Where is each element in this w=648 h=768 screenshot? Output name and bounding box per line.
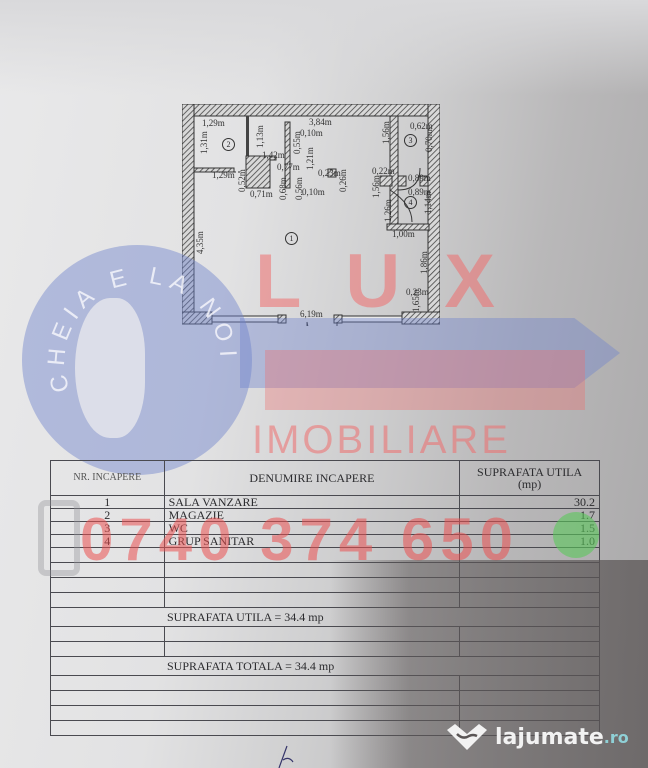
signature-mark [275, 742, 295, 768]
dimension-label: 0,68m [279, 177, 288, 200]
watermark-brand-sub: IMOBILIARE [252, 418, 511, 463]
dimension-label: 1,29m [202, 119, 225, 128]
dimension-label: 1,56m [372, 175, 381, 198]
room-number-2: 2 [222, 138, 235, 151]
room-nr: 2 [51, 509, 165, 522]
watermark-key-hole [75, 298, 145, 438]
dimension-label: 1,56m [382, 121, 391, 144]
dimension-label: 0,26m [339, 169, 348, 192]
dimension-label: 3,84m [309, 118, 332, 127]
room-area: 1.7 [460, 509, 600, 522]
room-nr: 1 [51, 496, 165, 509]
handshake-heart-icon [445, 722, 489, 752]
watermark-arrow [240, 318, 620, 388]
table-row: 3 WC 1.5 [51, 522, 600, 535]
table-row: 2 MAGAZIE 1.7 [51, 509, 600, 522]
room-name: SALA VANZARE [164, 496, 460, 509]
dimension-label: 1,13m [256, 125, 265, 148]
room-nr: 3 [51, 522, 165, 535]
room-name: WC [164, 522, 460, 535]
dimension-label: 0,10m [302, 188, 325, 197]
header-nr: NR. INCAPERE [51, 461, 165, 496]
dimension-label: 0,55m [293, 131, 302, 154]
room-number-3: 3 [404, 134, 417, 147]
paper-shadow [0, 0, 648, 95]
dimension-label: 1,14m [424, 191, 433, 214]
lajumate-logo: lajumate.ro [445, 722, 629, 752]
table-header-row: NR. INCAPERE DENUMIRE INCAPERE SUPRAFATA… [51, 461, 600, 496]
dimension-label: 0,70m [425, 129, 434, 152]
room-name: MAGAZIE [164, 509, 460, 522]
table-row: 4 GRUP SANITAR 1.0 [51, 535, 600, 548]
room-number-4: 4 [404, 196, 417, 209]
dimension-label: 1,00m [392, 230, 415, 239]
dimension-label: 1,26m [384, 199, 393, 222]
room-name: GRUP SANITAR [164, 535, 460, 548]
dimension-label: 4,35m [196, 231, 205, 254]
dimension-label: 0,77m [277, 163, 300, 172]
dimension-label: 0,22m [372, 167, 395, 176]
room-area: 1.5 [460, 522, 600, 535]
header-area: SUPRAFATA UTILA (mp) [460, 461, 600, 496]
dimension-label: 0,10m [300, 129, 323, 138]
logo-name: lajumate [495, 725, 604, 750]
dimension-label: 1,65m [412, 289, 421, 312]
dimension-label: 1,42m [262, 151, 285, 160]
room-nr: 4 [51, 535, 165, 548]
table-row: 1 SALA VANZARE 30.2 [51, 496, 600, 509]
room-area: 1.0 [460, 535, 600, 548]
dimension-label: 0,89m [408, 174, 431, 183]
floor-plan: 2 1 3 4 1,29m 1,31m 1,13m 3,84m 0,10m 0,… [182, 104, 440, 326]
logo-tld: .ro [604, 728, 629, 747]
dimension-label: 6,19m [300, 310, 323, 319]
dimension-label: 1,86m [420, 251, 429, 274]
dimension-label: 1,31m [200, 131, 209, 154]
room-area: 30.2 [460, 496, 600, 509]
dimension-label: 1,21m [306, 147, 315, 170]
header-name: DENUMIRE INCAPERE [164, 461, 460, 496]
dimension-label: 1,29m [212, 171, 235, 180]
watermark-city-skyline [265, 350, 585, 410]
dimension-label: 0,71m [250, 190, 273, 199]
room-number-1: 1 [285, 232, 298, 245]
dimension-label: 0,52m [238, 169, 247, 192]
